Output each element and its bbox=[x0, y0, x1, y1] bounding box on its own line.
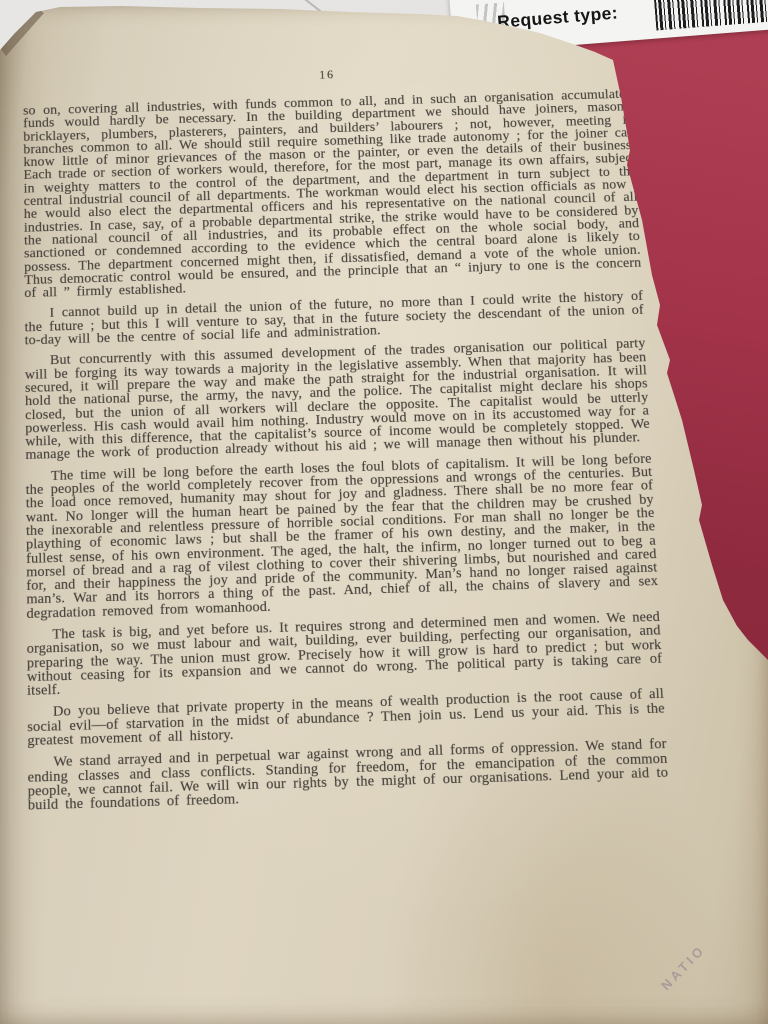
paragraph: But concurrently with this assumed devel… bbox=[25, 337, 651, 462]
paragraph: so on, covering all industries, with fun… bbox=[23, 88, 642, 301]
book-photo-scene: Request type: 16 so on, covering all ind… bbox=[0, 0, 768, 1024]
slip-barcode bbox=[653, 0, 768, 30]
page-number: 16 bbox=[23, 60, 631, 90]
page-spine-edge bbox=[0, 0, 70, 70]
library-stamp: NATIO bbox=[658, 882, 766, 993]
paragraph: The time will be long before the earth l… bbox=[26, 452, 660, 621]
paragraph: The task is big, and yet before us. It r… bbox=[27, 610, 664, 698]
paragraph: We stand arrayed and in perpetual war ag… bbox=[27, 737, 669, 813]
page-text-block: 16 so on, covering all industries, with … bbox=[23, 60, 670, 821]
